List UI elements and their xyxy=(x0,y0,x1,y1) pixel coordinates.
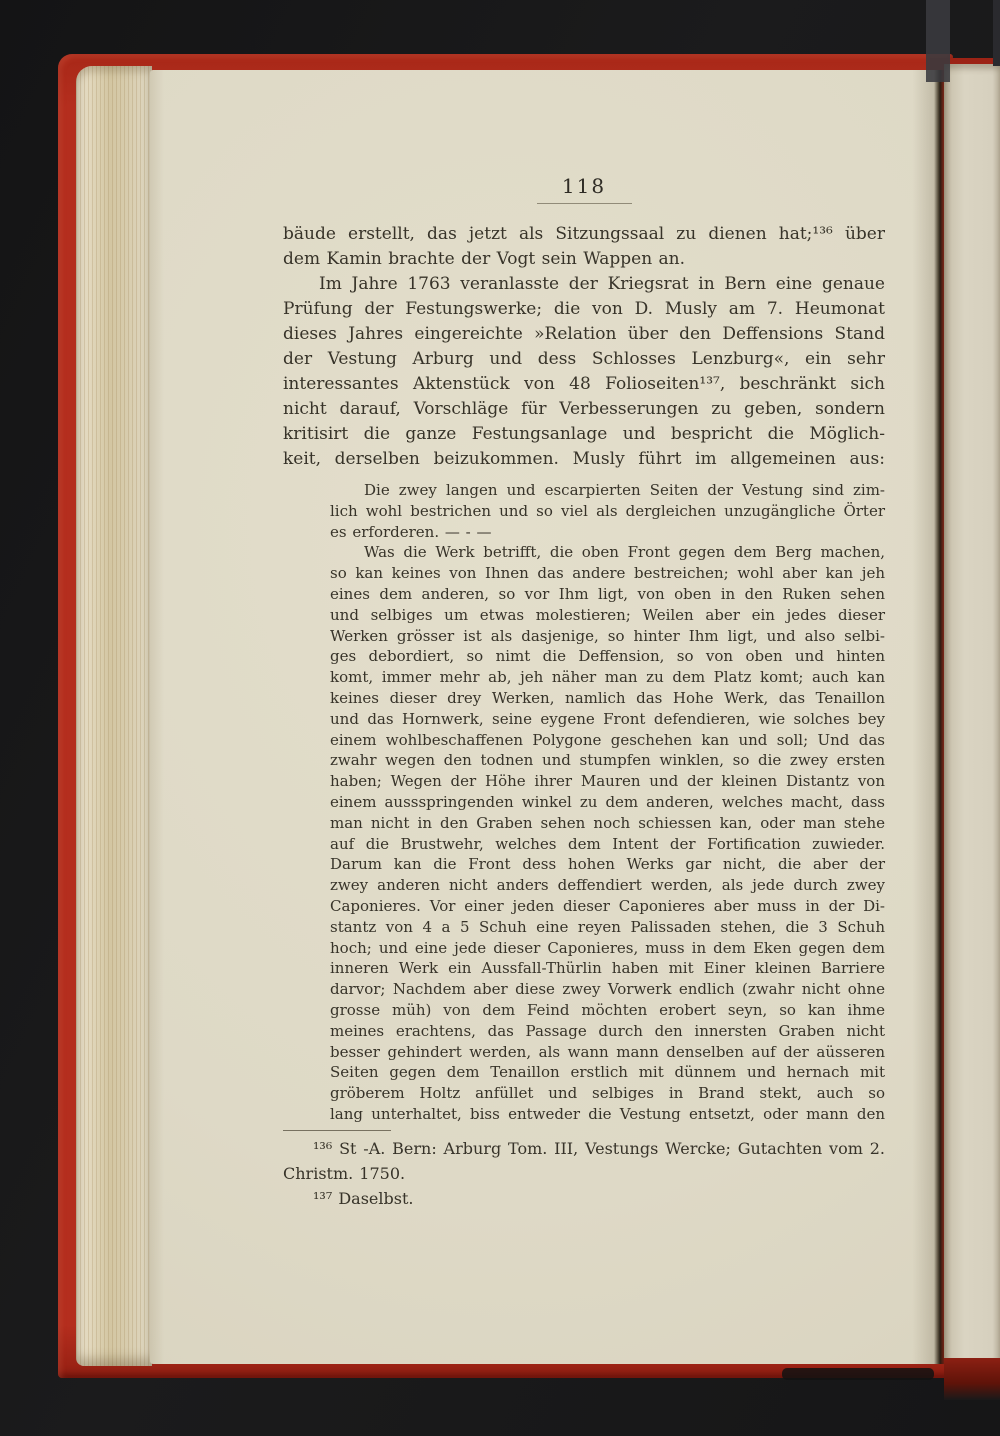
text-line: Im Jahre 1763 veranlasste der Kriegsrat … xyxy=(283,272,885,297)
text-line: Christm. 1750. xyxy=(283,1161,885,1186)
text-line: ¹³⁶ St -A. Bern: Arburg Tom. III, Vestun… xyxy=(283,1136,885,1161)
text-line: keit, derselben beizukommen. Musly führt… xyxy=(283,447,885,472)
text-line: nicht darauf, Vorschläge für Verbesserun… xyxy=(283,397,885,422)
quoted-report-block: Die zwey langen und escarpierten Seiten … xyxy=(330,480,885,1125)
text-line: Die zwey langen und escarpierten Seiten … xyxy=(330,480,885,501)
text-line: kritisirt die ganze Festungsanlage und b… xyxy=(283,422,885,447)
footnotes: ¹³⁶ St -A. Bern: Arburg Tom. III, Vestun… xyxy=(283,1136,885,1211)
right-edge-band xyxy=(993,0,1000,66)
spine-shadow-band xyxy=(926,0,950,82)
book-page: 118 bäude erstellt, das jetzt als Sitzun… xyxy=(150,70,940,1364)
text-line: lang unterhaltet, biss entweder die Vest… xyxy=(330,1104,885,1125)
text-line: so kan keines von Ihnen das andere bestr… xyxy=(330,563,885,584)
text-line: Caponieres. Vor einer jeden dieser Capon… xyxy=(330,896,885,917)
page-number-rule xyxy=(537,203,632,204)
text-line: Prüfung der Festungswerke; die von D. Mu… xyxy=(283,297,885,322)
facing-page-edge xyxy=(944,64,1000,1360)
text-line: Was die Werk betrifft, die oben Front ge… xyxy=(330,542,885,563)
open-book-photo: 118 bäude erstellt, das jetzt als Sitzun… xyxy=(0,0,1000,1436)
text-line: zwey anderen nicht anders deffendiert we… xyxy=(330,875,885,896)
text-line: Seiten gegen dem Tenaillon erstlich mit … xyxy=(330,1062,885,1083)
gutter-shadow xyxy=(934,70,944,1364)
text-line: grosse müh) von dem Feind möchten erober… xyxy=(330,1000,885,1021)
text-line: der Vestung Arburg und dess Schlosses Le… xyxy=(283,347,885,372)
text-line: einem wohlbeschaffenen Polygone geschehe… xyxy=(330,730,885,751)
text-line: hoch; und eine jede dieser Caponieres, m… xyxy=(330,938,885,959)
text-line: man nicht in den Graben sehen noch schie… xyxy=(330,813,885,834)
text-line: gröberem Holtz anfüllet und selbiges in … xyxy=(330,1083,885,1104)
text-line: ¹³⁷ Daselbst. xyxy=(283,1186,885,1211)
text-line: lich wohl bestrichen und so viel als der… xyxy=(330,501,885,522)
text-line: inneren Werk ein Aussfall-Thürlin haben … xyxy=(330,958,885,979)
text-line: meines erachtens, das Passage durch den … xyxy=(330,1021,885,1042)
text-line: dem Kamin brachte der Vogt sein Wappen a… xyxy=(283,247,885,272)
text-line: bäude erstellt, das jetzt als Sitzungssa… xyxy=(283,222,885,247)
page-stack-edge xyxy=(76,66,152,1366)
cover-corner-bottom-right xyxy=(944,1358,1000,1400)
text-line: besser gehindert werden, als wann mann d… xyxy=(330,1042,885,1063)
text-line: komt, immer mehr ab, jeh näher man zu de… xyxy=(330,667,885,688)
page-number: 118 xyxy=(283,174,885,198)
text-line: interessantes Aktenstück von 48 Foliosei… xyxy=(283,372,885,397)
text-line: keines dieser drey Werken, namlich das H… xyxy=(330,688,885,709)
footnote-separator xyxy=(283,1130,391,1131)
text-line: Werken grösser ist als dasjenige, so hin… xyxy=(330,626,885,647)
text-line: einem aussspringenden winkel zu dem ande… xyxy=(330,792,885,813)
text-line: auf die Brustwehr, welches dem Intent de… xyxy=(330,834,885,855)
main-paragraphs: bäude erstellt, das jetzt als Sitzungssa… xyxy=(283,222,885,472)
text-line: zwahr wegen den todnen und stumpfen wink… xyxy=(330,750,885,771)
text-line: und das Hornwerk, seine eygene Front def… xyxy=(330,709,885,730)
text-line: eines dem anderen, so vor Ihm ligt, von … xyxy=(330,584,885,605)
text-line: es erforderen. — - — xyxy=(330,522,885,543)
text-line: und selbiges um etwas molestieren; Weile… xyxy=(330,605,885,626)
text-line: stantz von 4 a 5 Schuh eine reyen Paliss… xyxy=(330,917,885,938)
text-line: haben; Wegen der Höhe ihrer Mauren und d… xyxy=(330,771,885,792)
text-line: Darum kan die Front dess hohen Werks gar… xyxy=(330,854,885,875)
text-line: darvor; Nachdem aber diese zwey Vorwerk … xyxy=(330,979,885,1000)
cover-bottom-shadow xyxy=(782,1368,934,1380)
text-line: ges debordiert, so nimt die Deffension, … xyxy=(330,646,885,667)
text-line: dieses Jahres eingereichte »Relation übe… xyxy=(283,322,885,347)
